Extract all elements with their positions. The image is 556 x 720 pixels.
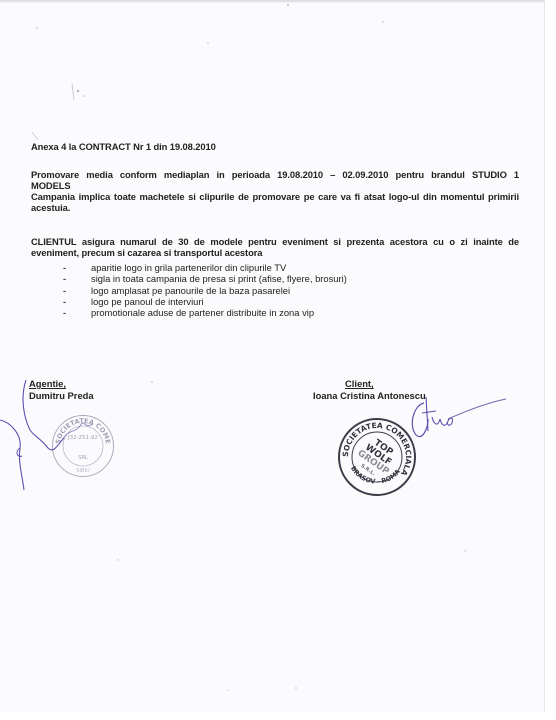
agent-signature <box>0 378 120 498</box>
client-signature <box>410 395 520 455</box>
bullet-dash: - <box>63 307 91 318</box>
list-item: -logo pe panoul de interviuri <box>63 296 347 307</box>
promotion-line-3: Campania implica toate machetele si clip… <box>31 191 519 202</box>
scan-noise <box>0 0 545 712</box>
promotion-paragraph: Promovare media conform mediaplan in per… <box>31 169 519 213</box>
client-line-1: CLIENTUL asigura numarul de 30 de modele… <box>31 236 519 247</box>
stamp-ring-text: SOCIETATEA COMERCIALA BRASOV - ROMANIA T… <box>338 418 416 496</box>
list-item: -logo amplasat pe panourile de la baza p… <box>63 285 347 296</box>
client-name: Ioana Cristina Antonescu <box>313 390 426 401</box>
promotion-line-4: acestuia. <box>31 202 519 213</box>
list-item: -sigla in toata campania de presa si pri… <box>63 273 347 284</box>
client-line-2: eveniment, precum si cazarea si transpor… <box>31 247 519 258</box>
client-label: Client, <box>345 378 374 389</box>
annex-heading: Anexa 4 la CONTRACT Nr 1 din 19.08.2010 <box>31 141 216 152</box>
scanned-page: Anexa 4 la CONTRACT Nr 1 din 19.08.2010 … <box>0 0 545 712</box>
list-item: -promotionale aduse de partener distribu… <box>63 307 347 318</box>
bullet-dash: - <box>63 262 91 273</box>
bullet-dash: - <box>63 285 91 296</box>
promotion-line-2: MODELS <box>31 180 519 191</box>
client-obligations-paragraph: CLIENTUL asigura numarul de 30 de modele… <box>31 236 519 258</box>
deliverables-list: -aparitie logo in grila partenerilor din… <box>63 262 347 318</box>
promotion-line-1: Promovare media conform mediaplan in per… <box>31 169 519 180</box>
client-company-stamp: SOCIETATEA COMERCIALA BRASOV - ROMANIA T… <box>338 418 416 496</box>
list-item: -aparitie logo in grila partenerilor din… <box>63 262 347 273</box>
scan-edge <box>0 0 545 3</box>
bullet-dash: - <box>63 273 91 284</box>
bullet-dash: - <box>63 296 91 307</box>
